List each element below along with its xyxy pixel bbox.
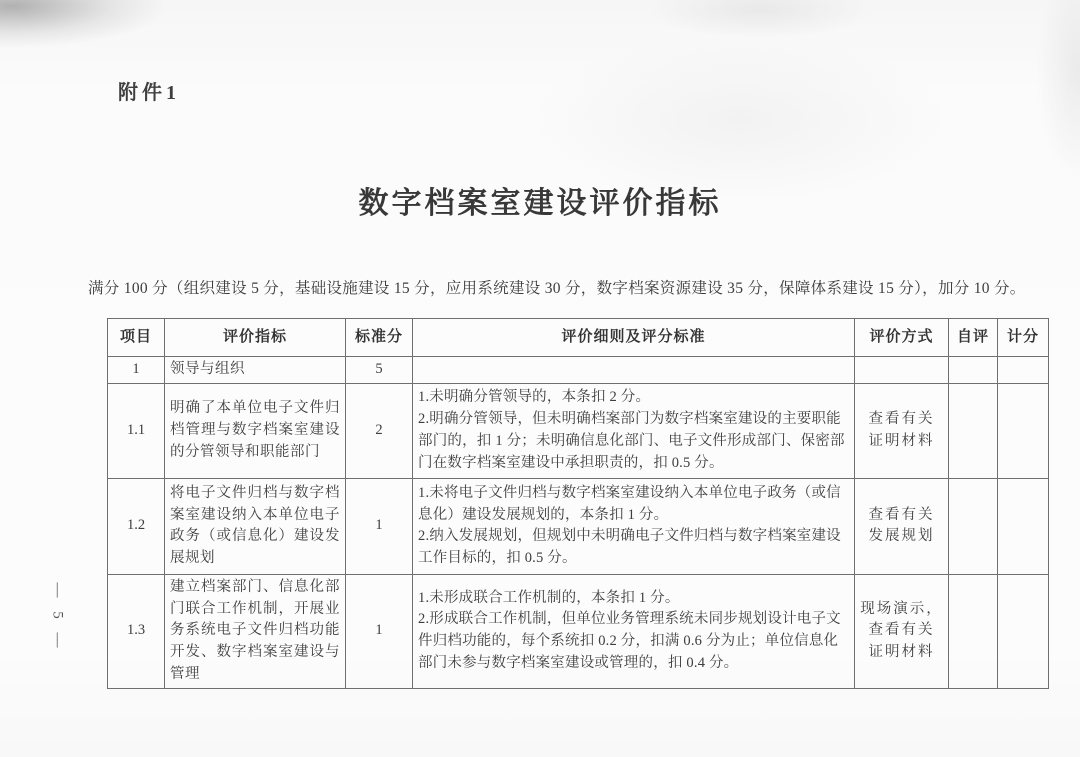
cell-method (855, 357, 949, 384)
cell-indicator: 建立档案部门、信息化部门联合工作机制，开展业务系统电子文件归档功能开发、数字档案… (165, 574, 346, 688)
cell-criteria: 1.未明确分管领导的，本条扣 2 分。 2.明确分管领导，但未明确档案部门为数字… (413, 383, 855, 478)
cell-indicator: 领导与组织 (165, 357, 346, 384)
cell-method: 现场演示， 查看有关 证明材料 (855, 574, 949, 688)
cell-method: 查看有关 发展规划 (855, 478, 949, 574)
table-row: 1.1 明确了本单位电子文件归档管理与数字档案室建设的分管领导和职能部门 2 1… (108, 383, 1049, 478)
cell-item: 1.1 (108, 383, 165, 478)
table-row: 1.3 建立档案部门、信息化部门联合工作机制，开展业务系统电子文件归档功能开发、… (108, 574, 1049, 688)
cell-self-eval (949, 383, 998, 478)
score-summary-note: 满分 100 分（组织建设 5 分，基础设施建设 15 分，应用系统建设 30 … (88, 276, 1080, 298)
cell-score (998, 383, 1049, 478)
page-number: — 5 — (22, 552, 92, 682)
cell-standard-score: 1 (346, 478, 413, 574)
cell-item: 1.3 (108, 574, 165, 688)
evaluation-table: 项目 评价指标 标准分 评价细则及评分标准 评价方式 自评 计分 1 领导与组织… (107, 318, 1049, 689)
header-method: 评价方式 (855, 319, 949, 357)
header-item: 项目 (108, 319, 165, 357)
cell-standard-score: 1 (346, 574, 413, 688)
table-row: 1.2 将电子文件归档与数字档案室建设纳入本单位电子政务（或信息化）建设发展规划… (108, 478, 1049, 574)
cell-criteria: 1.未形成联合工作机制的，本条扣 1 分。 2.形成联合工作机制，但单位业务管理… (413, 574, 855, 688)
cell-indicator: 将电子文件归档与数字档案室建设纳入本单位电子政务（或信息化）建设发展规划 (165, 478, 346, 574)
cell-score (998, 574, 1049, 688)
cell-standard-score: 5 (346, 357, 413, 384)
cell-standard-score: 2 (346, 383, 413, 478)
page-title: 数字档案室建设评价指标 (0, 178, 1080, 222)
page-number-text: — 5 — (49, 582, 66, 652)
header-self-eval: 自评 (949, 319, 998, 357)
cell-criteria (413, 357, 855, 384)
cell-self-eval (949, 478, 998, 574)
cell-indicator: 明确了本单位电子文件归档管理与数字档案室建设的分管领导和职能部门 (165, 383, 346, 478)
header-score: 计分 (998, 319, 1049, 357)
cell-method: 查看有关 证明材料 (855, 383, 949, 478)
cell-score (998, 478, 1049, 574)
cell-criteria: 1.未将电子文件归档与数字档案室建设纳入本单位电子政务（或信息化）建设发展规划的… (413, 478, 855, 574)
cell-item: 1.2 (108, 478, 165, 574)
cell-self-eval (949, 357, 998, 384)
cell-item: 1 (108, 357, 165, 384)
attachment-label: 附件1 (118, 76, 180, 105)
table-header-row: 项目 评价指标 标准分 评价细则及评分标准 评价方式 自评 计分 (108, 319, 1049, 357)
cell-score (998, 357, 1049, 384)
header-criteria: 评价细则及评分标准 (413, 319, 855, 357)
table-row: 1 领导与组织 5 (108, 357, 1049, 384)
cell-self-eval (949, 574, 998, 688)
header-standard-score: 标准分 (346, 319, 413, 357)
header-indicator: 评价指标 (165, 319, 346, 357)
